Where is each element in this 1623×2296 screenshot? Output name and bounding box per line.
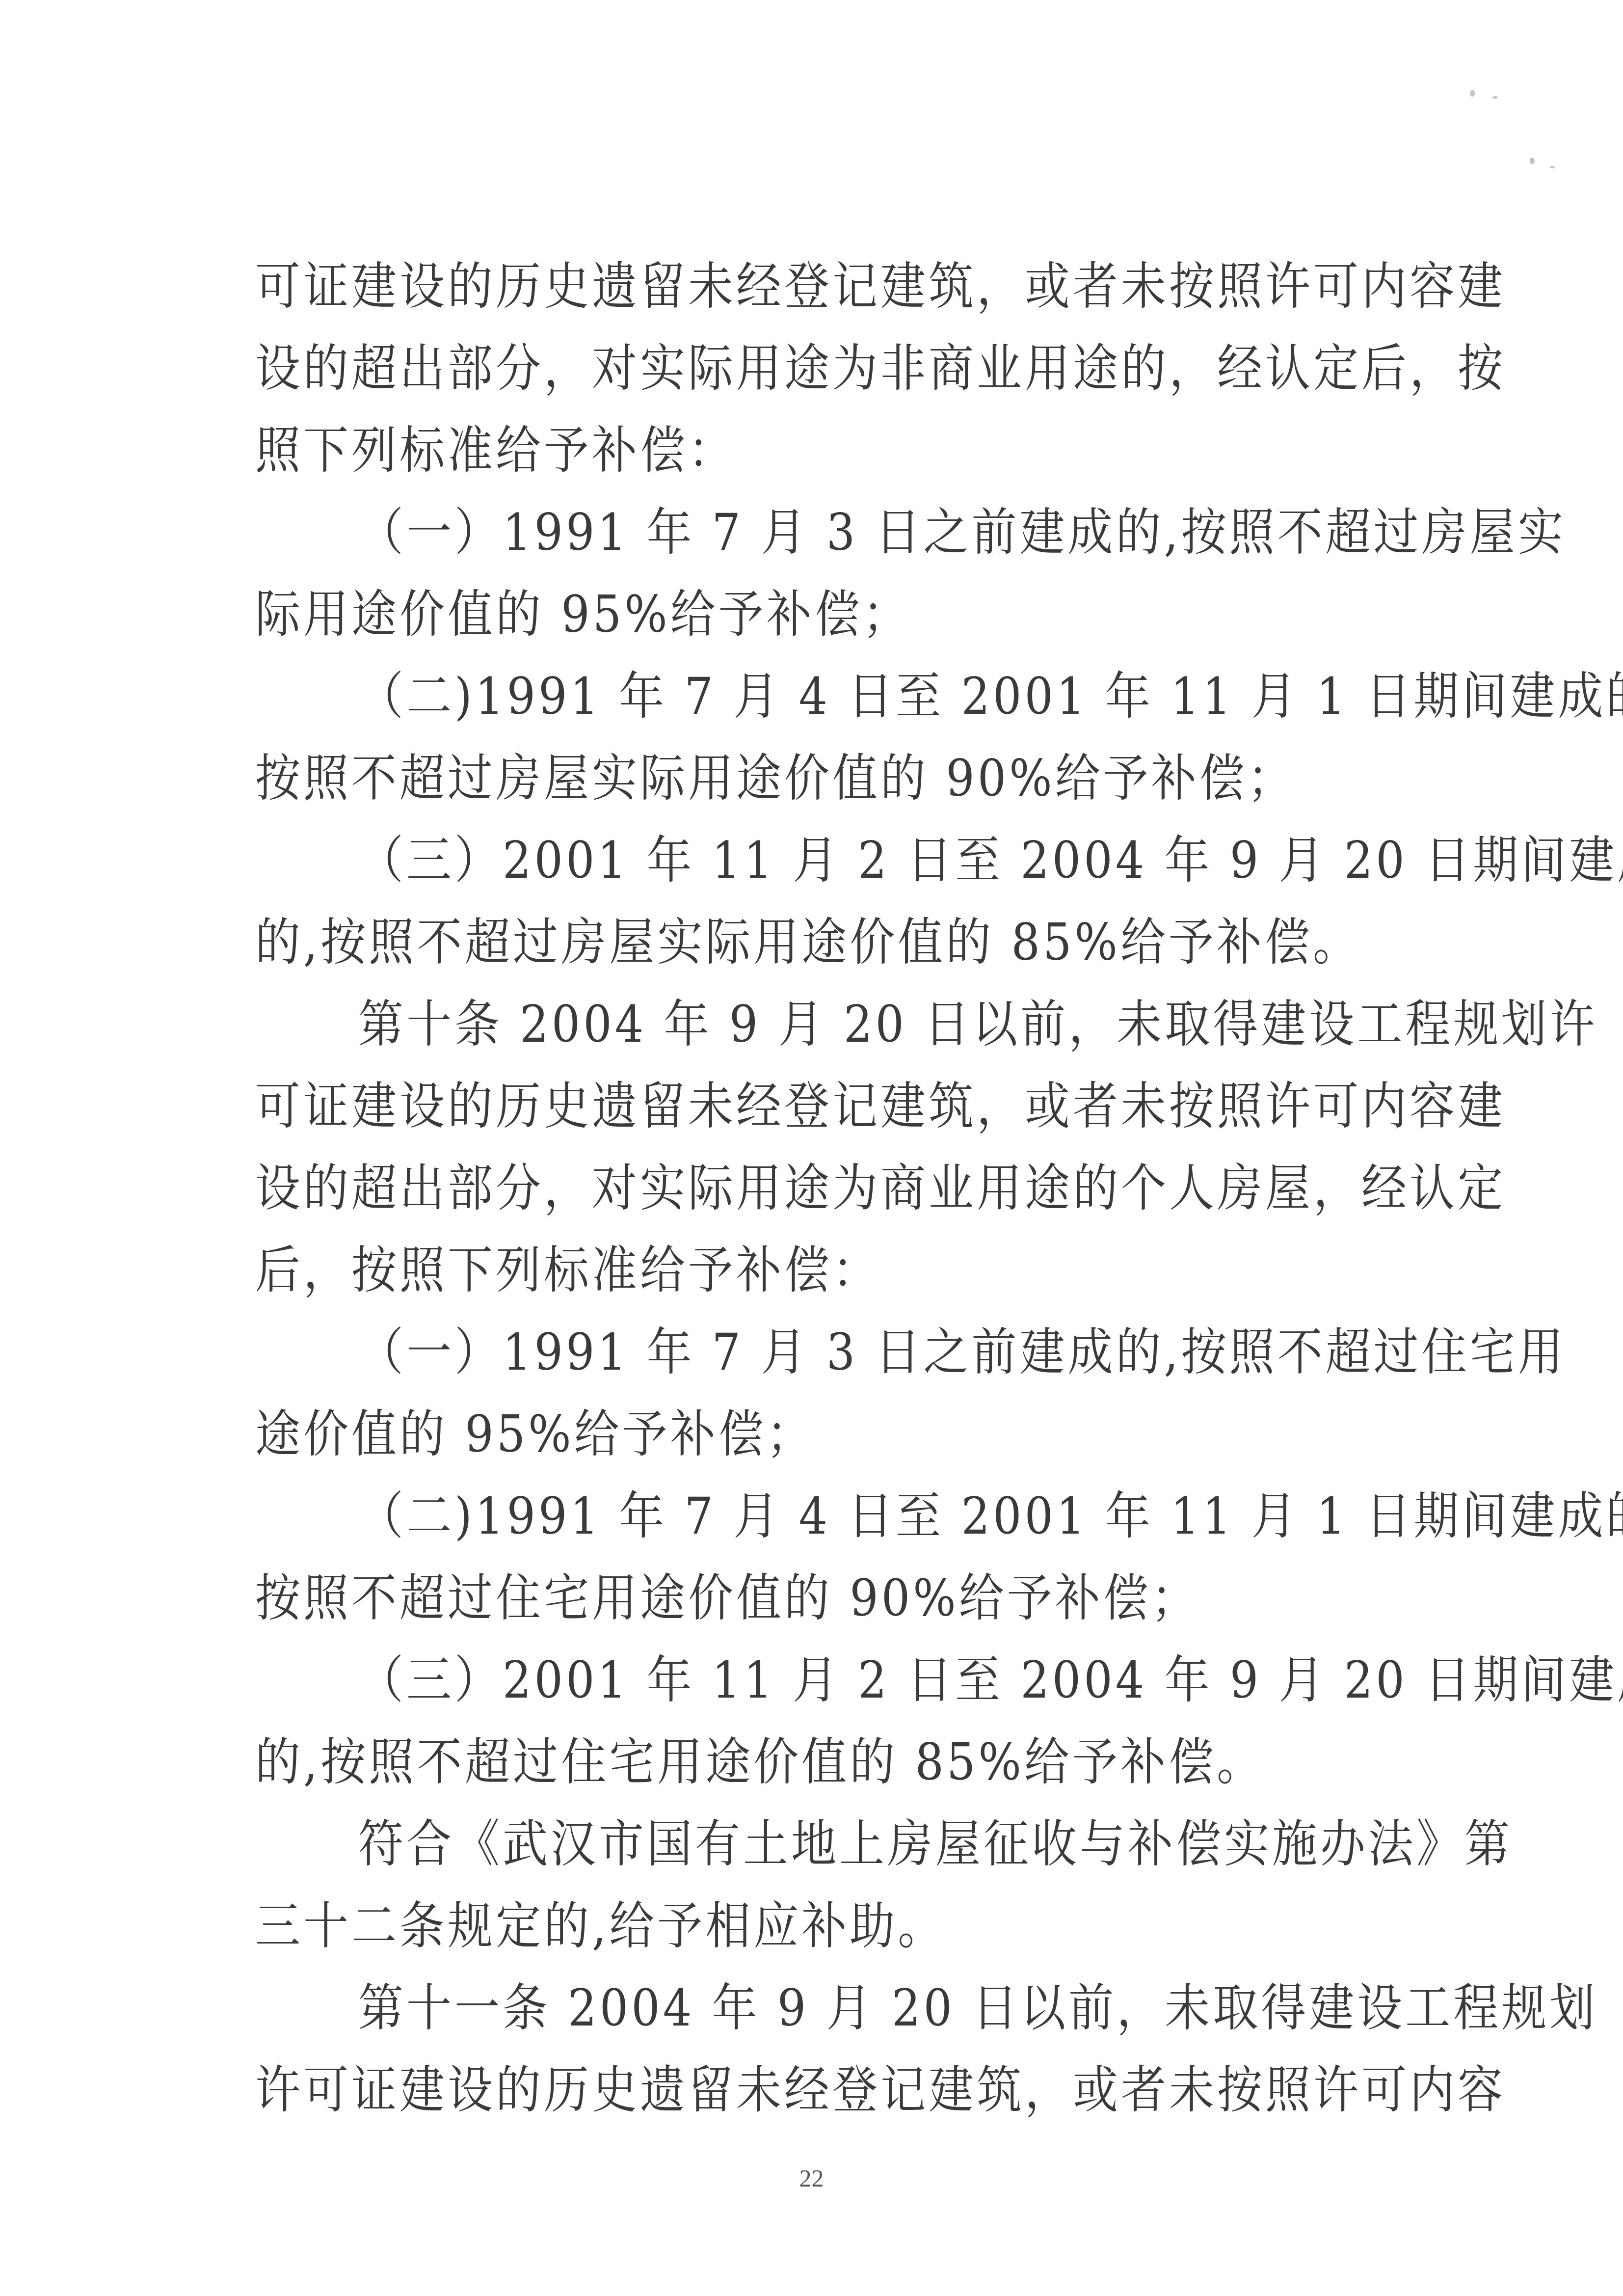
text-line: 设的超出部分，对实际用途为商业用途的个人房屋，经认定 — [255, 1142, 1394, 1234]
page-number: 22 — [0, 2164, 1623, 2192]
text-line: （三）2001 年 11 月 2 日至 2004 年 9 月 20 日期间建成 — [255, 1634, 1394, 1726]
text-line: 的,按照不超过房屋实际用途价值的 85%给予补偿。 — [255, 896, 1394, 988]
text-line: 后，按照下列标准给予补偿： — [255, 1224, 1394, 1316]
text-line: （三）2001 年 11 月 2 日至 2004 年 9 月 20 日期间建成 — [255, 814, 1394, 906]
text-line: （二)1991 年 7 月 4 日至 2001 年 11 月 1 日期间建成的, — [255, 1470, 1394, 1562]
document-page: 可证建设的历史遗留未经登记建筑，或者未按照许可内容建 设的超出部分，对实际用途为… — [0, 0, 1623, 2296]
text-line: 按照不超过住宅用途价值的 90%给予补偿； — [255, 1552, 1394, 1644]
text-line: 途价值的 95%给予补偿； — [255, 1388, 1394, 1480]
text-line: 可证建设的历史遗留未经登记建筑，或者未按照许可内容建 — [255, 241, 1394, 332]
text-line: 许可证建设的历史遗留未经登记建筑，或者未按照许可内容 — [255, 2044, 1394, 2136]
text-line: 按照不超过房屋实际用途价值的 90%给予补偿； — [255, 732, 1394, 824]
scan-speck — [1492, 96, 1498, 99]
text-line: 设的超出部分，对实际用途为非商业用途的，经认定后，按 — [255, 323, 1394, 414]
text-line: （二)1991 年 7 月 4 日至 2001 年 11 月 1 日期间建成的, — [255, 650, 1394, 742]
text-line: 三十二条规定的,给予相应补助。 — [255, 1880, 1394, 1972]
text-line: 符合《武汉市国有土地上房屋征收与补偿实施办法》第 — [255, 1798, 1394, 1890]
text-line: 际用途价值的 95%给予补偿； — [255, 568, 1394, 660]
text-line: 照下列标准给予补偿： — [255, 405, 1394, 496]
text-line: （一）1991 年 7 月 3 日之前建成的,按照不超过住宅用 — [255, 1306, 1394, 1398]
text-line: 可证建设的历史遗留未经登记建筑，或者未按照许可内容建 — [255, 1060, 1394, 1152]
text-line: 第十一条 2004 年 9 月 20 日以前，未取得建设工程规划 — [255, 1962, 1394, 2054]
body-text: 可证建设的历史遗留未经登记建筑，或者未按照许可内容建 设的超出部分，对实际用途为… — [255, 245, 1394, 2131]
text-line: （一）1991 年 7 月 3 日之前建成的,按照不超过房屋实 — [255, 486, 1394, 578]
text-line: 的,按照不超过住宅用途价值的 85%给予补偿。 — [255, 1716, 1394, 1808]
scan-speck — [1530, 158, 1535, 164]
scan-speck — [1550, 166, 1555, 168]
text-line: 第十条 2004 年 9 月 20 日以前，未取得建设工程规划许 — [255, 978, 1394, 1070]
scan-speck — [1470, 90, 1475, 97]
